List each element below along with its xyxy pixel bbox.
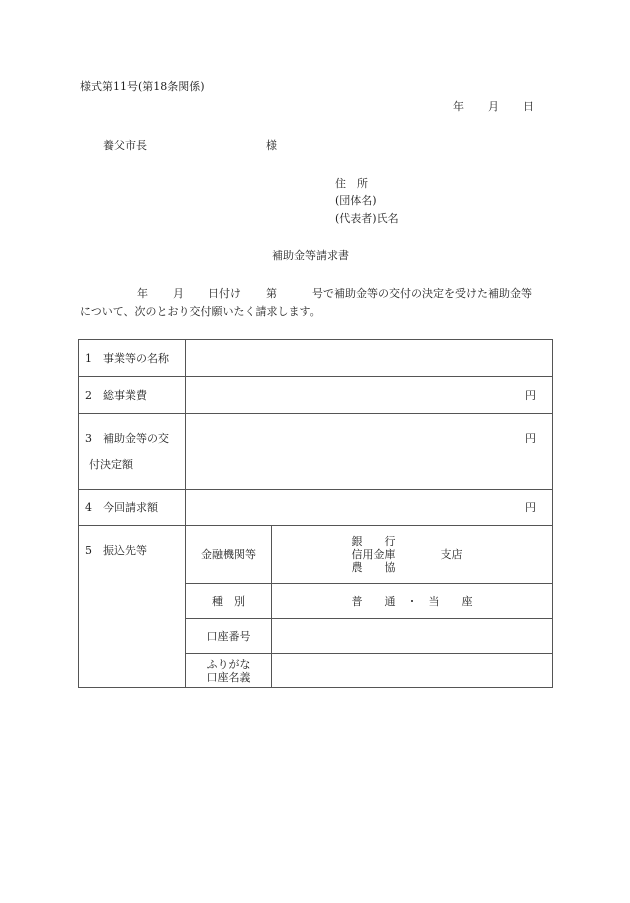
- total-cost-field[interactable]: 円: [186, 377, 553, 414]
- table-row: 3 補助金等の交 付決定額 円: [79, 414, 553, 490]
- current-request-field[interactable]: 円: [186, 490, 553, 526]
- project-name-field[interactable]: [186, 340, 553, 377]
- branch-label: 支店: [441, 548, 463, 561]
- yen-unit: 円: [525, 432, 536, 445]
- financial-institution-label: 金融機関等: [186, 526, 272, 584]
- date-month: 月: [488, 100, 499, 113]
- label-line1: 3 補助金等の交: [85, 432, 185, 445]
- label-line2: 付決定額: [85, 458, 185, 471]
- option-shinkin: 信用金庫: [352, 548, 396, 561]
- document-title: 補助金等請求書: [272, 249, 349, 262]
- grant-decision-amount-label: 3 補助金等の交 付決定額: [79, 414, 186, 490]
- organization-label: (団体名): [335, 194, 377, 207]
- addressee-honorific: 様: [266, 139, 277, 152]
- table-row: 5 振込先等 金融機関等 銀 行 信用金庫 農 協 支店: [79, 526, 553, 584]
- account-number-label: 口座番号: [186, 619, 272, 654]
- representative-label: (代表者)氏名: [335, 212, 399, 225]
- body-year: 年: [137, 287, 148, 300]
- account-name-field[interactable]: [272, 654, 553, 688]
- date-day: 日: [523, 100, 534, 113]
- addressee-name: 養父市長: [103, 139, 147, 152]
- grant-decision-amount-field[interactable]: 円: [186, 414, 553, 490]
- body-month: 月: [173, 287, 184, 300]
- total-cost-label: 2 総事業費: [79, 377, 186, 414]
- table-row: 4 今回請求額 円: [79, 490, 553, 526]
- table-row: 1 事業等の名称: [79, 340, 553, 377]
- body-line2: について、次のとおり交付願いたく請求します。: [80, 305, 321, 318]
- account-number-field[interactable]: [272, 619, 553, 654]
- financial-institution-field[interactable]: 銀 行 信用金庫 農 協 支店: [272, 526, 553, 584]
- form-number: 様式第11号(第18条関係): [80, 80, 205, 93]
- date-year: 年: [453, 100, 464, 113]
- body-dai: 第: [266, 287, 277, 300]
- option-bank: 銀 行: [352, 535, 396, 548]
- account-type-label: 種 別: [186, 584, 272, 619]
- yen-unit: 円: [525, 389, 536, 402]
- yen-unit: 円: [525, 501, 536, 514]
- request-table: 1 事業等の名称 2 総事業費 円 3 補助金等の交 付決定額 円 4 今回請求…: [78, 339, 553, 688]
- body-day-dated: 日付け: [208, 287, 241, 300]
- current-request-label: 4 今回請求額: [79, 490, 186, 526]
- table-row: 2 総事業費 円: [79, 377, 553, 414]
- furigana-label: ふりがな: [186, 658, 271, 671]
- bank-type-options: 銀 行 信用金庫 農 協: [352, 535, 396, 574]
- account-type-choice[interactable]: 普 通 ・ 当 座: [272, 584, 553, 619]
- account-name-label: ふりがな 口座名義: [186, 654, 272, 688]
- transfer-label: 5 振込先等: [79, 526, 186, 688]
- option-nokyo: 農 協: [352, 561, 396, 574]
- body-line1-rest: 号で補助金等の交付の決定を受けた補助金等: [312, 287, 532, 300]
- address-label: 住 所: [335, 177, 368, 190]
- project-name-label: 1 事業等の名称: [79, 340, 186, 377]
- account-holder-label: 口座名義: [186, 671, 271, 684]
